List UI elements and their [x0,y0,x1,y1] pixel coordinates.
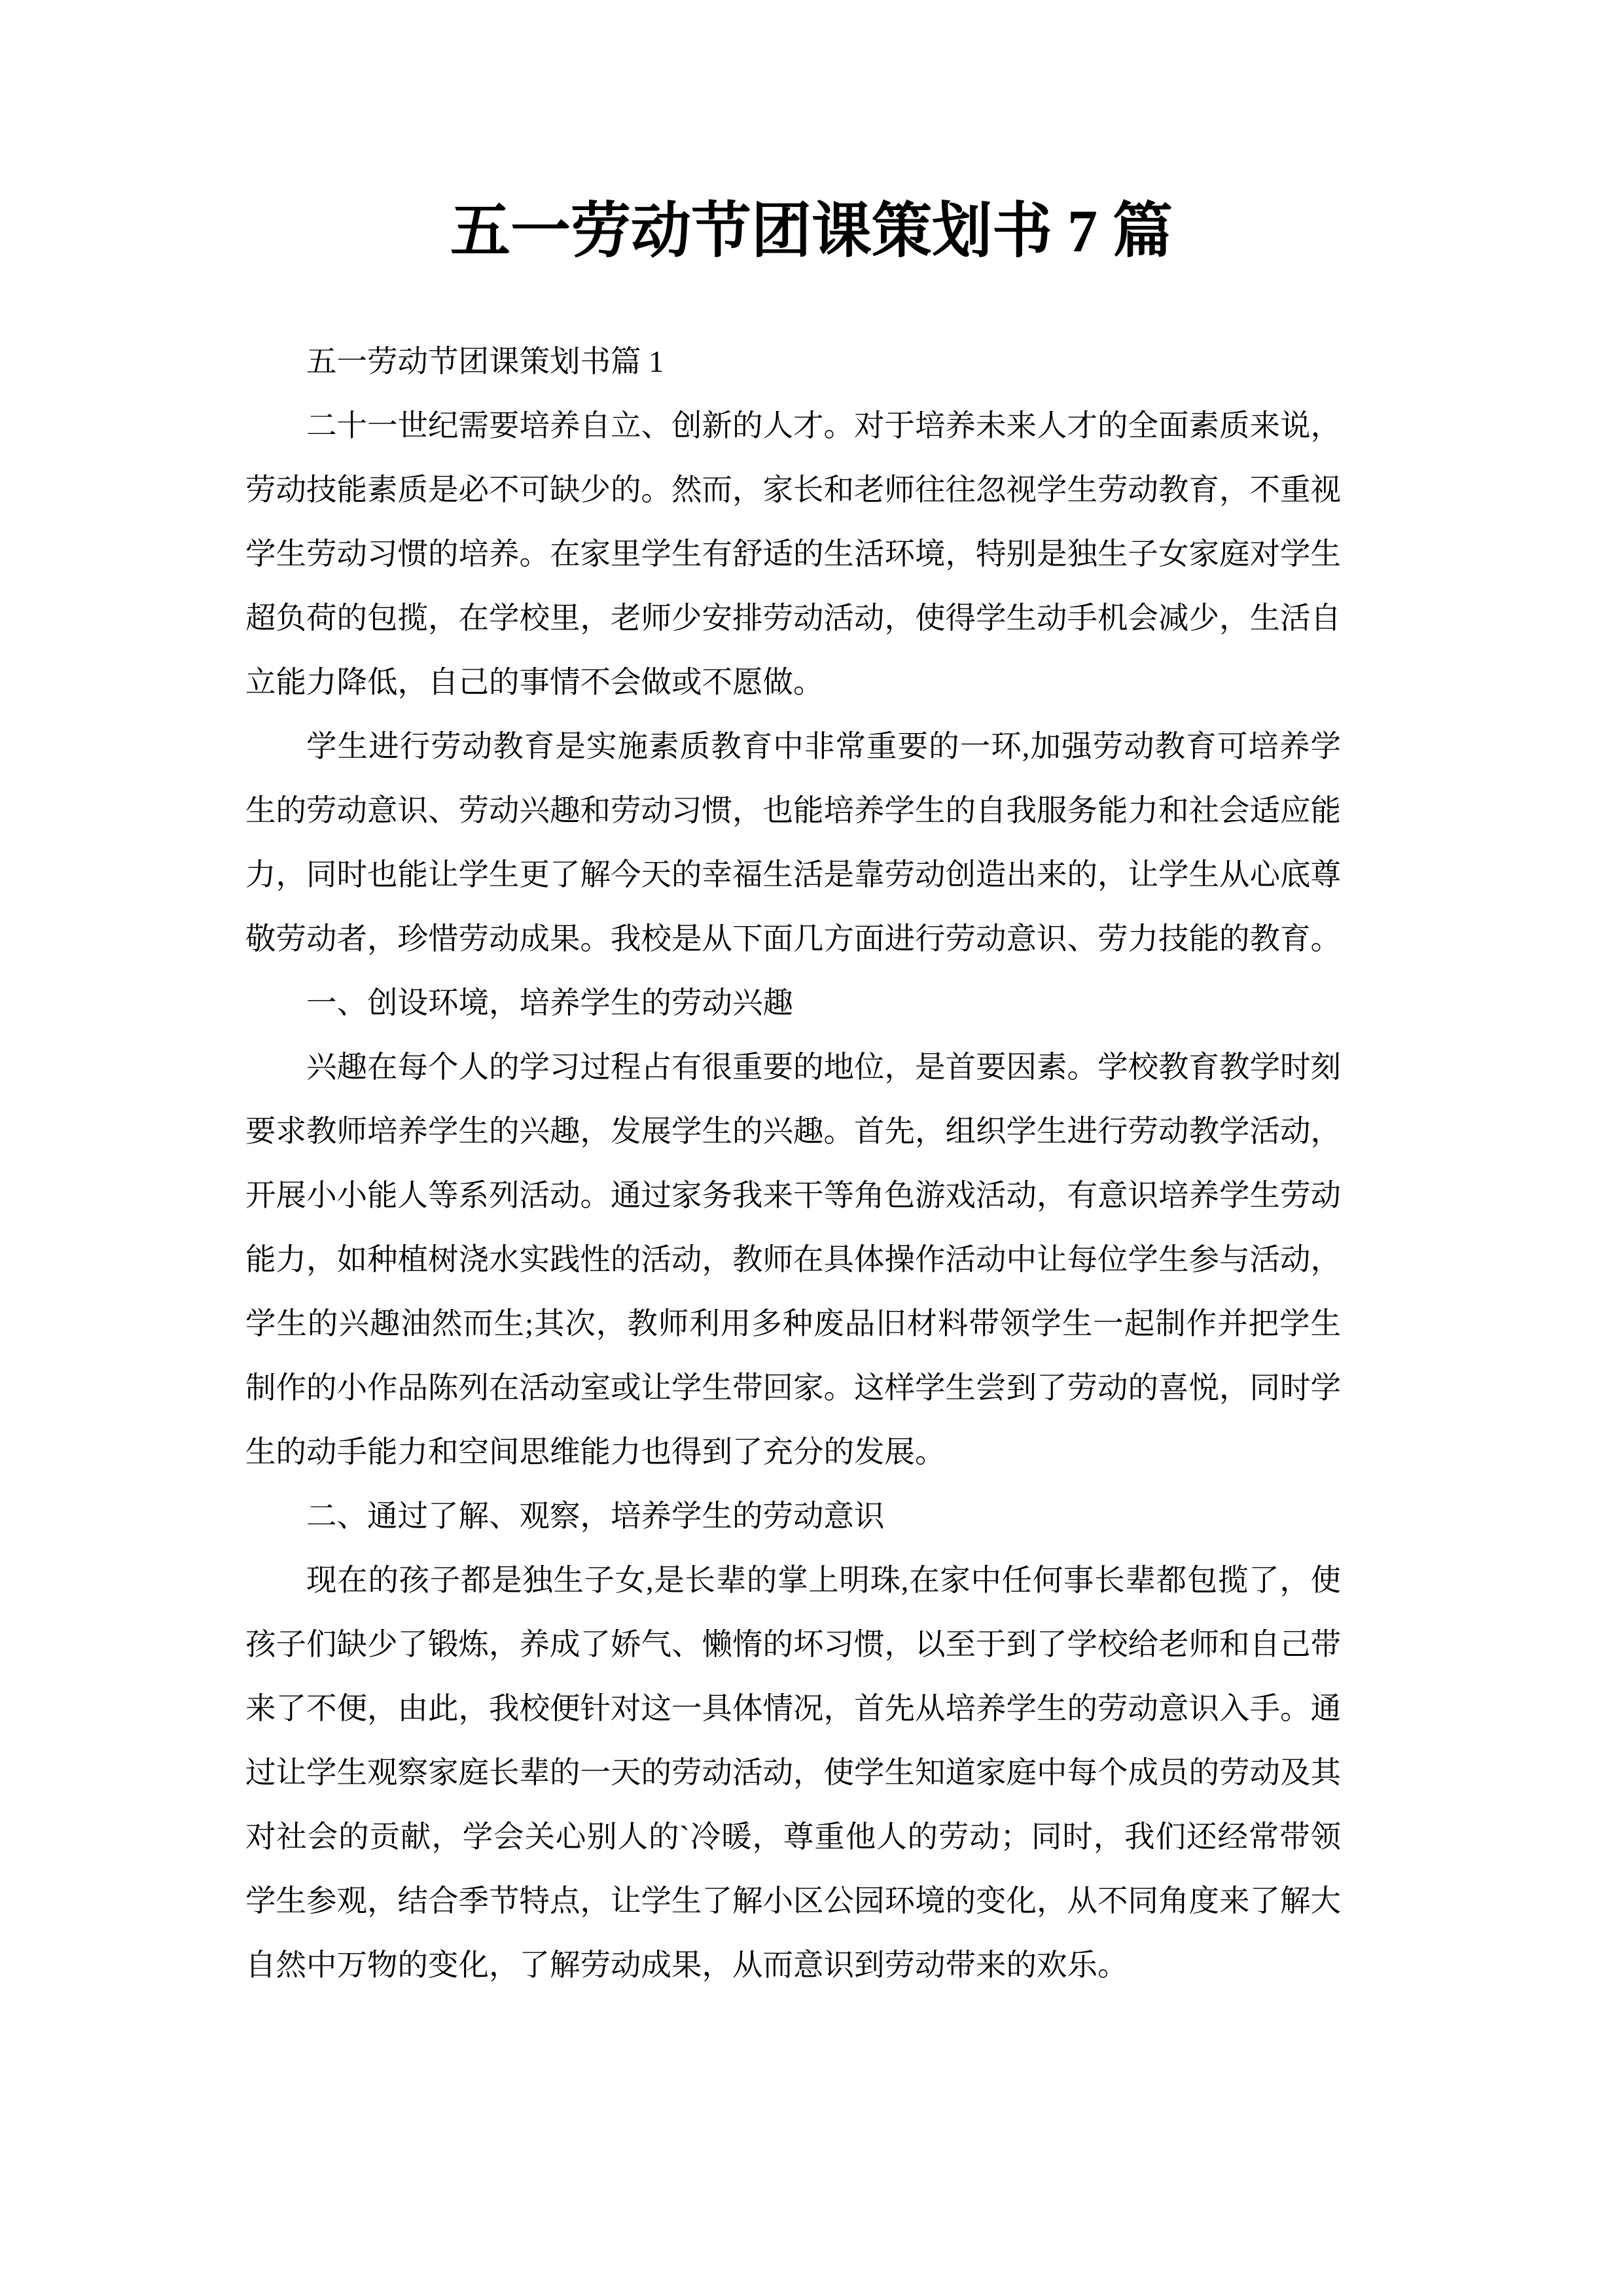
paragraph: 现在的孩子都是独生子女,是长辈的掌上明珠,在家中任何事长辈都包揽了，使孩子们缺少… [245,1549,1341,1998]
paragraph: 五一劳动节团课策划书篇 1 [245,331,1341,395]
document-body: 五一劳动节团课策划书篇 1二十一世纪需要培养自立、创新的人才。对于培养未来人才的… [245,331,1341,1998]
paragraph: 学生进行劳动教育是实施素质教育中非常重要的一环,加强劳动教育可培养学生的劳动意识… [245,715,1341,972]
paragraph: 一、创设环境，培养学生的劳动兴趣 [245,972,1341,1036]
paragraph: 兴趣在每个人的学习过程占有很重要的地位，是首要因素。学校教育教学时刻要求教师培养… [245,1036,1341,1485]
document-page: 五一劳动节团课策划书 7 篇 五一劳动节团课策划书篇 1二十一世纪需要培养自立、… [0,0,1623,2296]
paragraph: 二、通过了解、观察，培养学生的劳动意识 [245,1485,1341,1549]
paragraph: 二十一世纪需要培养自立、创新的人才。对于培养未来人才的全面素质来说，劳动技能素质… [245,395,1341,715]
document-title: 五一劳动节团课策划书 7 篇 [0,0,1623,269]
